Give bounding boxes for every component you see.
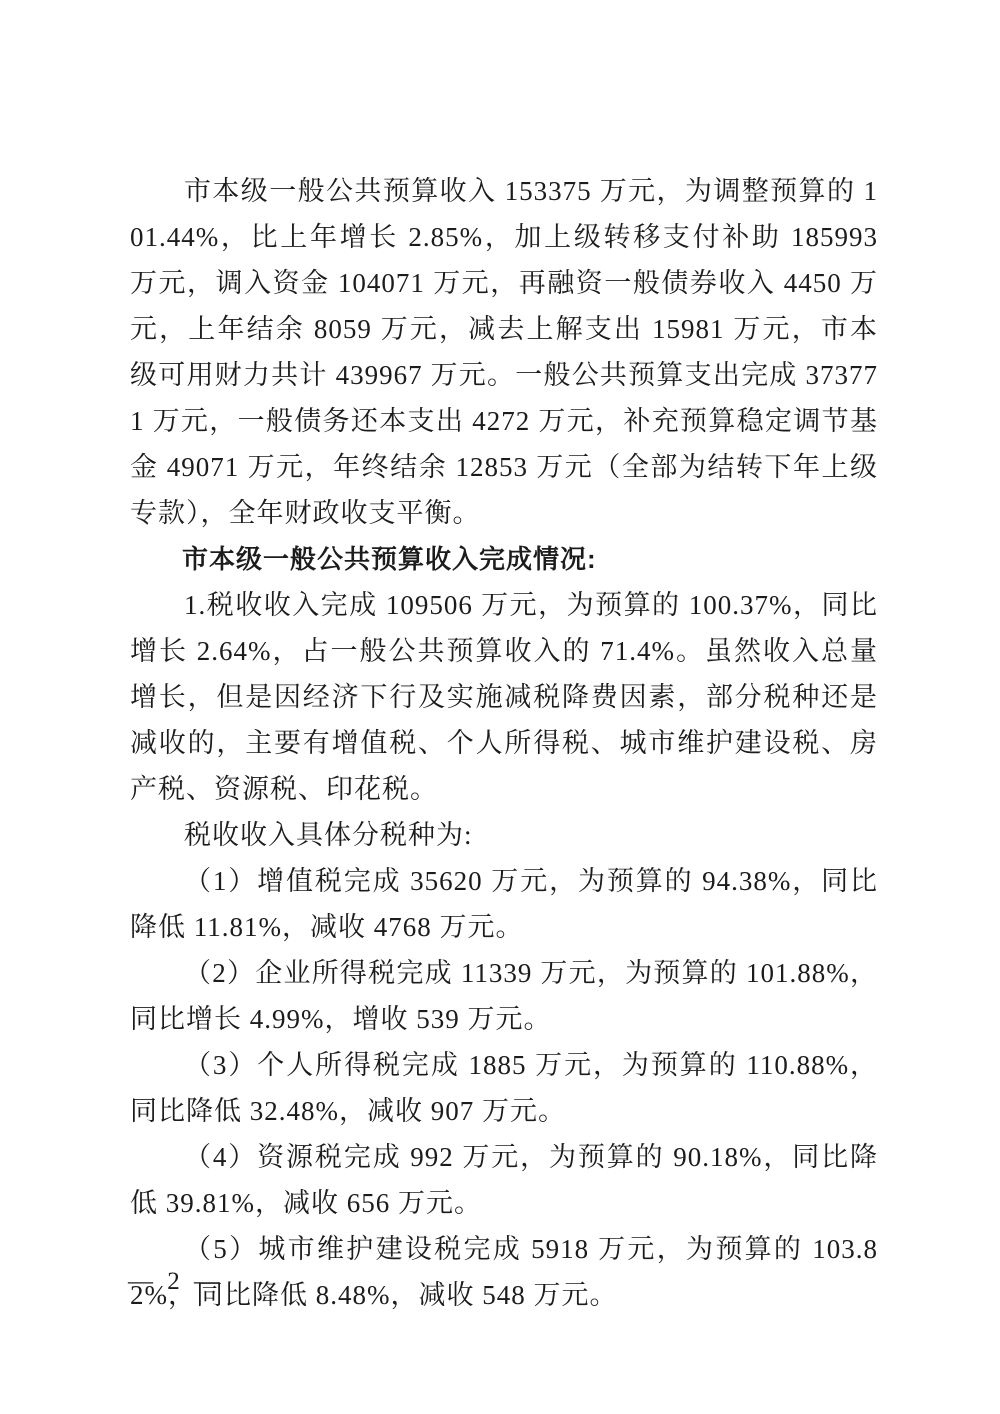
document-body: 市本级一般公共预算收入 153375 万元，为调整预算的 101.44%，比上年… xyxy=(130,168,878,1318)
paragraph-item-4-resource-tax: （4）资源税完成 992 万元，为预算的 90.18%，同比降低 39.81%，… xyxy=(130,1134,878,1226)
page-number: — 2 — xyxy=(128,1268,223,1296)
paragraph-tax-breakdown-intro: 税收收入具体分税种为: xyxy=(130,812,878,858)
paragraph-item-2-corporate-income-tax: （2）企业所得税完成 11339 万元，为预算的 101.88%，同比增长 4.… xyxy=(130,950,878,1042)
paragraph-item-5-urban-maintenance-tax: （5）城市维护建设税完成 5918 万元，为预算的 103.82%，同比降低 8… xyxy=(130,1226,878,1318)
paragraph-tax-revenue-overview: 1.税收收入完成 109506 万元，为预算的 100.37%，同比增长 2.6… xyxy=(130,582,878,812)
paragraph-budget-summary: 市本级一般公共预算收入 153375 万元，为调整预算的 101.44%，比上年… xyxy=(130,168,878,536)
paragraph-item-1-vat: （1）增值税完成 35620 万元，为预算的 94.38%，同比降低 11.81… xyxy=(130,858,878,950)
paragraph-item-3-personal-income-tax: （3）个人所得税完成 1885 万元，为预算的 110.88%，同比降低 32.… xyxy=(130,1042,878,1134)
section-heading-revenue-completion: 市本级一般公共预算收入完成情况: xyxy=(130,536,878,582)
document-page: 市本级一般公共预算收入 153375 万元，为调整预算的 101.44%，比上年… xyxy=(0,0,1000,1414)
